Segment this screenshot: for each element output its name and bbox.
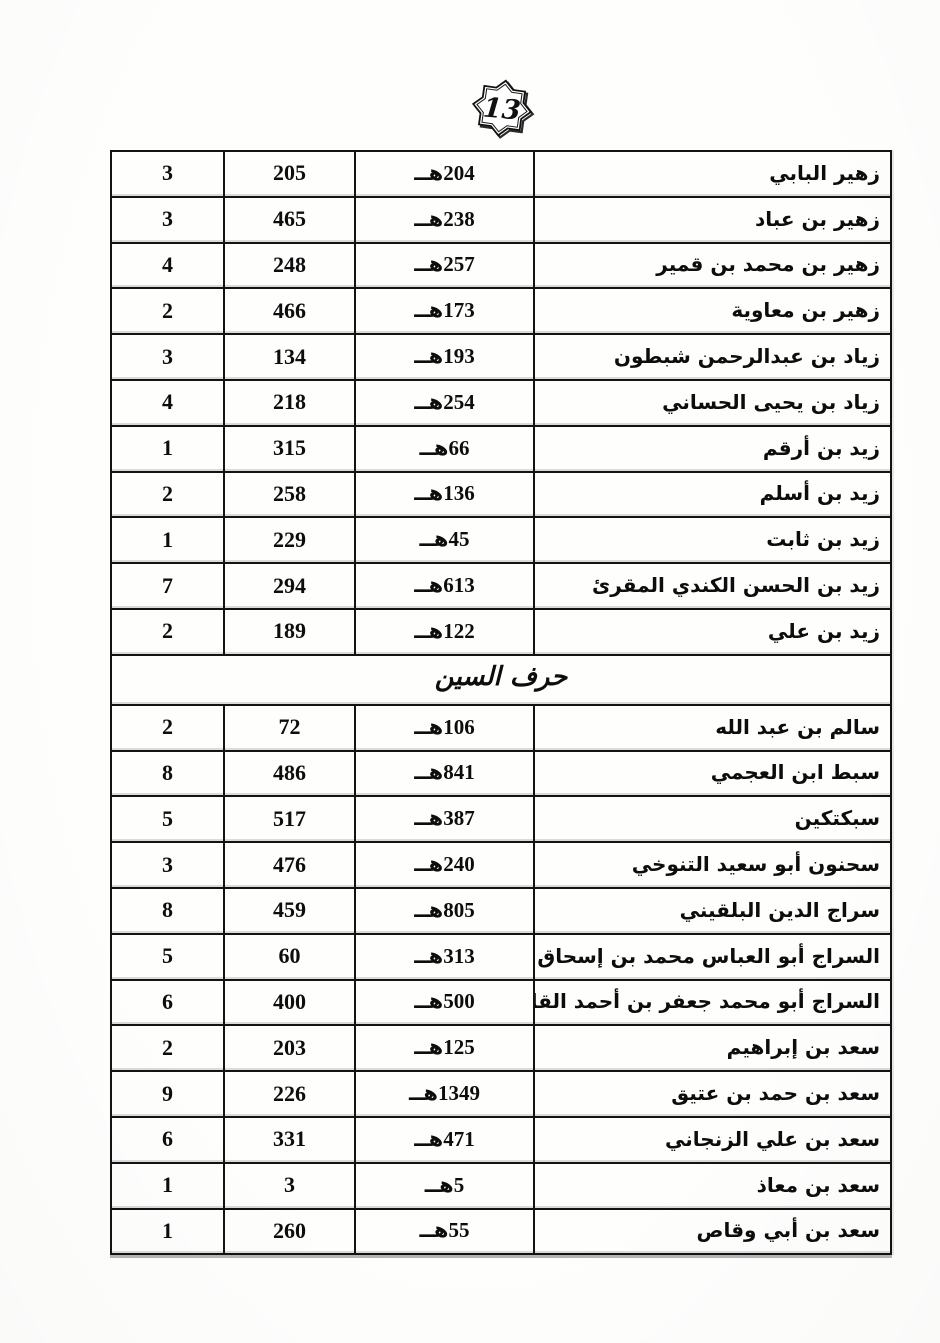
volume-number-cell: 2 (111, 705, 224, 751)
name-cell: سعد بن إبراهيم (534, 1025, 891, 1071)
page-number-cell: 226 (224, 1071, 355, 1117)
volume-number-cell: 2 (111, 288, 224, 334)
table-row: زياد بن يحيى الحساني254هــ2184 (111, 380, 891, 426)
page-number-cell: 486 (224, 751, 355, 797)
death-year-cell: 106هــ (355, 705, 534, 751)
death-year-cell: 500هــ (355, 980, 534, 1026)
volume-number-cell: 3 (111, 842, 224, 888)
death-year-cell: 613هــ (355, 563, 534, 609)
table-row: سبكتكين387هــ5175 (111, 796, 891, 842)
volume-number-cell: 5 (111, 796, 224, 842)
death-year-cell: 841هــ (355, 751, 534, 797)
death-year-cell: 387هــ (355, 796, 534, 842)
death-year-cell: 238هــ (355, 197, 534, 243)
death-year-cell: 240هــ (355, 842, 534, 888)
table-row: زيد بن علي122هــ1892 (111, 609, 891, 655)
name-cell: سعد بن أبي وقاص (534, 1209, 891, 1255)
volume-number-cell: 7 (111, 563, 224, 609)
death-year-cell: 122هــ (355, 609, 534, 655)
table-row: زهير البابي204هــ2053 (111, 151, 891, 197)
page-number-cell: 331 (224, 1117, 355, 1163)
volume-number-cell: 4 (111, 380, 224, 426)
table-row: سحنون أبو سعيد التنوخي240هــ4763 (111, 842, 891, 888)
death-year-cell: 1349هــ (355, 1071, 534, 1117)
table-row: زيد بن الحسن الكندي المقرئ613هــ2947 (111, 563, 891, 609)
death-year-cell: 136هــ (355, 472, 534, 518)
volume-number-cell: 2 (111, 609, 224, 655)
volume-number-cell: 4 (111, 243, 224, 289)
page-number-cell: 3 (224, 1163, 355, 1209)
table-row: زهير بن معاوية173هــ4662 (111, 288, 891, 334)
name-cell: زياد بن عبدالرحمن شبطون (534, 334, 891, 380)
table-row: سعد بن علي الزنجاني471هــ3316 (111, 1117, 891, 1163)
table-row: زيد بن أرقم66هــ3151 (111, 426, 891, 472)
death-year-cell: 805هــ (355, 888, 534, 934)
section-header-row: حرف السين (111, 655, 891, 705)
name-cell: سعد بن علي الزنجاني (534, 1117, 891, 1163)
table-row: السراج أبو العباس محمد بن إسحاق313هــ605 (111, 934, 891, 980)
table-row: سعد بن إبراهيم125هــ2032 (111, 1025, 891, 1071)
volume-number-cell: 2 (111, 1025, 224, 1071)
name-cell: سبكتكين (534, 796, 891, 842)
table-row: زهير بن محمد بن قمير257هــ2484 (111, 243, 891, 289)
scanned-page: 13 زهير البابي204هــ2053زهير بن عباد238ه… (0, 0, 940, 1343)
page-number-cell: 465 (224, 197, 355, 243)
death-year-cell: 254هــ (355, 380, 534, 426)
page-number-ornament: 13 (459, 67, 544, 149)
index-table-body: زهير البابي204هــ2053زهير بن عباد238هــ4… (111, 151, 891, 1254)
volume-number-cell: 8 (111, 888, 224, 934)
page-number-cell: 189 (224, 609, 355, 655)
name-cell: السراج أبو العباس محمد بن إسحاق (534, 934, 891, 980)
name-cell: زهير بن عباد (534, 197, 891, 243)
page-number-cell: 229 (224, 517, 355, 563)
page-number-cell: 476 (224, 842, 355, 888)
section-header: حرف السين (111, 655, 891, 705)
page-number-cell: 258 (224, 472, 355, 518)
death-year-cell: 55هــ (355, 1209, 534, 1255)
name-cell: سراج الدين البلقيني (534, 888, 891, 934)
page-number-cell: 134 (224, 334, 355, 380)
name-cell: زيد بن ثابت (534, 517, 891, 563)
name-cell: سعد بن معاذ (534, 1163, 891, 1209)
table-row: سعد بن أبي وقاص55هــ2601 (111, 1209, 891, 1255)
page-number-cell: 400 (224, 980, 355, 1026)
name-cell: زيد بن أسلم (534, 472, 891, 518)
page-number-cell: 260 (224, 1209, 355, 1255)
volume-number-cell: 1 (111, 426, 224, 472)
page-number-cell: 459 (224, 888, 355, 934)
death-year-cell: 257هــ (355, 243, 534, 289)
volume-number-cell: 1 (111, 1209, 224, 1255)
name-cell: سالم بن عبد الله (534, 705, 891, 751)
page-number: 13 (461, 69, 543, 147)
name-cell: زياد بن يحيى الحساني (534, 380, 891, 426)
table-row: سعد بن حمد بن عتيق1349هــ2269 (111, 1071, 891, 1117)
name-cell: زيد بن علي (534, 609, 891, 655)
name-cell: سبط ابن العجمي (534, 751, 891, 797)
table-row: زيد بن أسلم136هــ2582 (111, 472, 891, 518)
volume-number-cell: 9 (111, 1071, 224, 1117)
page-number-cell: 248 (224, 243, 355, 289)
death-year-cell: 173هــ (355, 288, 534, 334)
table-row: سعد بن معاذ5هــ31 (111, 1163, 891, 1209)
name-cell: زيد بن أرقم (534, 426, 891, 472)
name-cell: زهير البابي (534, 151, 891, 197)
page-number-cell: 466 (224, 288, 355, 334)
volume-number-cell: 5 (111, 934, 224, 980)
name-cell: السراج أبو محمد جعفر بن أحمد القارئ (534, 980, 891, 1026)
table-row: سراج الدين البلقيني805هــ4598 (111, 888, 891, 934)
death-year-cell: 313هــ (355, 934, 534, 980)
page-number-cell: 218 (224, 380, 355, 426)
page-number-cell: 205 (224, 151, 355, 197)
death-year-cell: 204هــ (355, 151, 534, 197)
volume-number-cell: 3 (111, 151, 224, 197)
biographical-index-table: زهير البابي204هــ2053زهير بن عباد238هــ4… (110, 150, 892, 1255)
volume-number-cell: 3 (111, 334, 224, 380)
page-number-cell: 517 (224, 796, 355, 842)
name-cell: زهير بن معاوية (534, 288, 891, 334)
volume-number-cell: 1 (111, 517, 224, 563)
volume-number-cell: 6 (111, 1117, 224, 1163)
name-cell: سعد بن حمد بن عتيق (534, 1071, 891, 1117)
volume-number-cell: 3 (111, 197, 224, 243)
death-year-cell: 66هــ (355, 426, 534, 472)
death-year-cell: 5هــ (355, 1163, 534, 1209)
table-row: زهير بن عباد238هــ4653 (111, 197, 891, 243)
page-number-cell: 294 (224, 563, 355, 609)
name-cell: زهير بن محمد بن قمير (534, 243, 891, 289)
table-row: زيد بن ثابت45هــ2291 (111, 517, 891, 563)
name-cell: سحنون أبو سعيد التنوخي (534, 842, 891, 888)
page-number-cell: 72 (224, 705, 355, 751)
death-year-cell: 471هــ (355, 1117, 534, 1163)
death-year-cell: 45هــ (355, 517, 534, 563)
page-number-cell: 60 (224, 934, 355, 980)
table-row: سبط ابن العجمي841هــ4868 (111, 751, 891, 797)
page-number-cell: 203 (224, 1025, 355, 1071)
page-number-cell: 315 (224, 426, 355, 472)
death-year-cell: 193هــ (355, 334, 534, 380)
death-year-cell: 125هــ (355, 1025, 534, 1071)
table-row: سالم بن عبد الله106هــ722 (111, 705, 891, 751)
volume-number-cell: 1 (111, 1163, 224, 1209)
name-cell: زيد بن الحسن الكندي المقرئ (534, 563, 891, 609)
volume-number-cell: 6 (111, 980, 224, 1026)
table-row: السراج أبو محمد جعفر بن أحمد القارئ500هـ… (111, 980, 891, 1026)
volume-number-cell: 8 (111, 751, 224, 797)
table-row: زياد بن عبدالرحمن شبطون193هــ1343 (111, 334, 891, 380)
volume-number-cell: 2 (111, 472, 224, 518)
